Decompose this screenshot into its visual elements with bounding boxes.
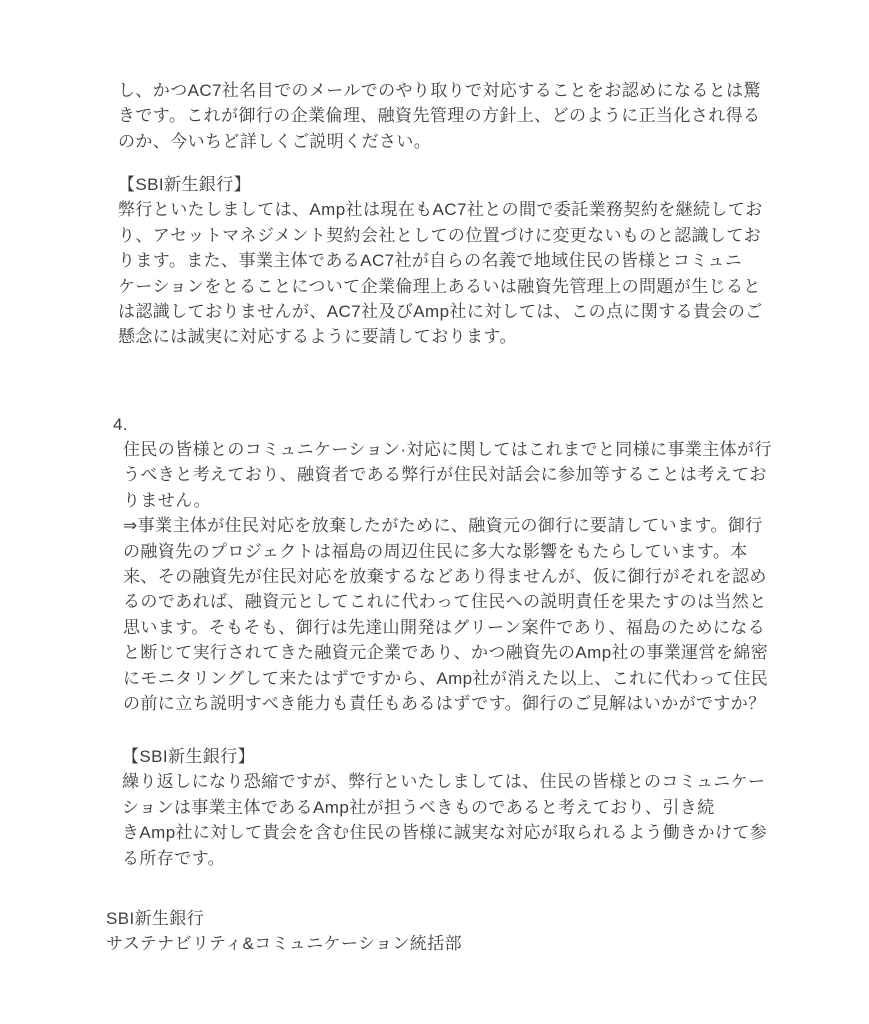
signature-org: SBI新生銀行 (106, 906, 462, 931)
document-page: し、かつAC7社名目でのメールでのやり取りで対応することをお認めになるとは驚 き… (0, 0, 869, 1024)
text-line: のか、今いちど詳しくご説明ください。 (118, 129, 761, 154)
text-line: の前に立ち説明すべき能力も責任もあるはずです。御行のご見解はいかがですか？ (123, 691, 772, 716)
text-line: りません。 (123, 488, 772, 513)
text-line: り、アセットマネジメント契約会社としての位置づけに変更ないものと認識してお (118, 223, 763, 248)
bank-reply-1: 【SBI新生銀行】 弊行といたしましては、Amp社は現在もAC7社との間で委託業… (118, 172, 763, 350)
item-4-number: 4. (113, 412, 128, 437)
text-line: ションは事業主体であるAmp社が担うべきものであると考えており、引き続 (122, 795, 767, 820)
signature-block: SBI新生銀行 サステナビリティ&コミュニケーション統括部 (106, 906, 462, 957)
text-line: ⇒事業主体が住民対応を放棄したがために、融資元の御行に要請しています。御行 (123, 513, 772, 538)
bank-reply-2: 【SBI新生銀行】 繰り返しになり恐縮ですが、弊行といたしましては、住民の皆様と… (122, 744, 767, 871)
text-line: と断じて実行されてきた融資元企業であり、かつ融資先のAmp社の事業運営を綿密 (123, 640, 772, 665)
text-line: は認識しておりませんが、AC7社及びAmp社に対しては、この点に関する貴会のご (118, 299, 763, 324)
text-line: 懸念には誠実に対応するように要請しております。 (118, 324, 763, 349)
text-line: 繰り返しになり恐縮ですが、弊行といたしましては、住民の皆様とのコミュニケー (122, 769, 767, 794)
bank-reply-2-heading: 【SBI新生銀行】 (122, 744, 767, 769)
continuation-paragraph: し、かつAC7社名目でのメールでのやり取りで対応することをお認めになるとは驚 き… (118, 78, 761, 154)
text-line: きAmp社に対して貴会を含む住民の皆様に誠実な対応が取られるよう働きかけて参 (122, 820, 767, 845)
text-line: 思います。そもそも、御行は先達山開発はグリーン案件であり、福島のためになる (123, 615, 772, 640)
text-line: 弊行といたしましては、Amp社は現在もAC7社との間で委託業務契約を継続してお (118, 197, 763, 222)
text-line: 住民の皆様とのコミュニケーション·対応に関してはこれまでと同様に事業主体が行 (123, 437, 772, 462)
text-line: る所存です。 (122, 846, 767, 871)
item-4-body: 住民の皆様とのコミュニケーション·対応に関してはこれまでと同様に事業主体が行 う… (123, 437, 772, 716)
text-line: の融資先のプロジェクトは福島の周辺住民に多大な影響をもたらしています。本 (123, 539, 772, 564)
bank-reply-1-heading: 【SBI新生銀行】 (118, 172, 763, 197)
list-number: 4. (113, 412, 128, 437)
text-line: にモニタリングして来たはずですから、Amp社が消えた以上、これに代わって住民 (123, 666, 772, 691)
signature-dept: サステナビリティ&コミュニケーション統括部 (106, 931, 462, 956)
text-line: るのであれば、融資元としてこれに代わって住民への説明責任を果たすのは当然と (123, 589, 772, 614)
text-line: ケーションをとることについて企業倫理上あるいは融資先管理上の問題が生じると (118, 274, 763, 299)
text-line: し、かつAC7社名目でのメールでのやり取りで対応することをお認めになるとは驚 (118, 78, 761, 103)
text-line: ります。また、事業主体であるAC7社が自らの名義で地域住民の皆様とコミュニ (118, 248, 763, 273)
text-line: きです。これが御行の企業倫理、融資先管理の方針上、どのように正当化され得る (118, 103, 761, 128)
text-line: うべきと考えており、融資者である弊行が住民対話会に参加等することは考えてお (123, 462, 772, 487)
text-line: 来、その融資先が住民対応を放棄するなどあり得ませんが、仮に御行がそれを認め (123, 564, 772, 589)
